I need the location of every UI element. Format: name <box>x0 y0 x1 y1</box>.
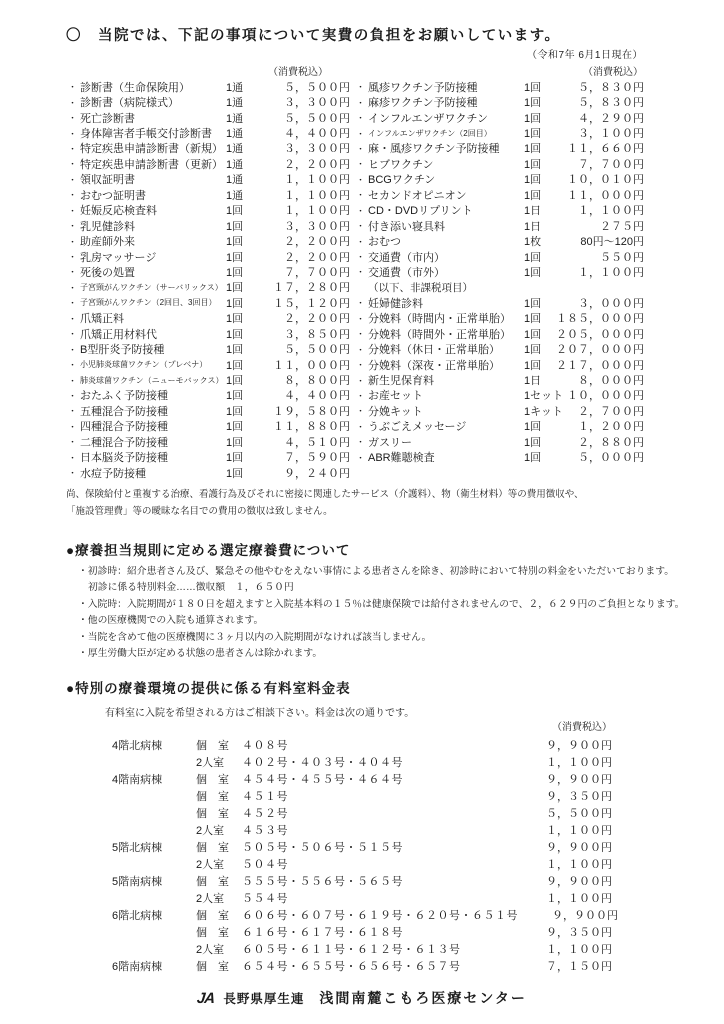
room-type: 個 室 <box>196 805 242 821</box>
fee-item-price: ２，７００円 <box>563 403 644 419</box>
fee-item-name: 爪矯正用材料代 <box>80 326 226 342</box>
fee-item-unit: 1回 <box>226 372 258 388</box>
fee-row: ・ 診断書（生命保険用） 1通 ５，５００円 <box>68 79 350 94</box>
bullet-dot-icon: ・ <box>68 358 80 371</box>
room-row: 2人室 ４０２号・４０３号・４０４号 １，１００円 <box>112 753 612 770</box>
section-heading-rooms: ●特別の療養環境の提供に係る有料室料金表 <box>66 677 351 697</box>
fee-item-price: １，１００円 <box>556 264 644 280</box>
senteiryoyo-bullet-list: ・初診時：紹介患者さん及び、緊急その他やむをえない事情による患者さんを除き、初診… <box>78 564 718 662</box>
fee-item-unit: 1回 <box>226 449 258 465</box>
room-type: 2人室 <box>196 941 242 957</box>
fee-item-name: 妊娠反応検査料 <box>80 202 226 218</box>
bullet-dot-icon: ・ <box>356 235 368 248</box>
fee-item-name: B型肝炎予防接種 <box>80 341 226 357</box>
room-row: 個 室 ６１６号・６１７号・６１８号 ９，３５０円 <box>112 923 612 940</box>
fee-item-name: ヒブワクチン <box>368 156 524 172</box>
fee-item-unit: 1回 <box>524 357 556 373</box>
fee-item-unit: 1回 <box>226 295 258 311</box>
fee-item-name: 診断書（生命保険用） <box>80 79 226 95</box>
room-price: ９，９００円 <box>512 771 612 787</box>
room-price: ９，９００円 <box>512 839 612 855</box>
bullet-dot-icon: ・ <box>356 157 368 170</box>
fee-item-unit: 1通 <box>226 156 258 172</box>
fee-item-name: 死後の処置 <box>80 264 226 280</box>
fee-item-price: １，１００円 <box>258 187 350 203</box>
section-heading-senteiryoyo: ●療養担当規則に定める選定療養費について <box>66 539 350 559</box>
fee-item-price: ５，５００円 <box>258 79 350 95</box>
ja-logo-icon: JA <box>196 990 215 1007</box>
fee-item-price: ３，１００円 <box>556 125 644 141</box>
fee-item-name: 乳児健診料 <box>80 218 226 234</box>
fee-item-price: １，１００円 <box>258 171 350 187</box>
room-numbers: ４５４号・４５５号・４６４号 <box>242 771 512 787</box>
fee-row: ・ B型肝炎予防接種 1回 ５，５００円 <box>68 341 350 356</box>
fee-item-name: 交通費（市外） <box>368 264 524 280</box>
fee-item-name: CD・DVDリプリント <box>368 202 524 218</box>
fee-row: ・ 特定疾患申請診断書（新規） 1通 ３，３００円 <box>68 141 350 156</box>
room-row: 2人室 ５０４号 １，１００円 <box>112 855 612 872</box>
bullet-dot-icon: ・ <box>356 327 368 340</box>
fee-row: ・ BCGワクチン 1回 １０，０１０円 <box>356 172 644 187</box>
fee-row: ・ 死亡診断書 1通 ５，５００円 <box>68 110 350 125</box>
fee-item-price: １７，２８０円 <box>258 279 350 295</box>
room-numbers: ５５４号 <box>242 890 512 906</box>
bullet-dot-icon: ・ <box>68 296 80 309</box>
fee-row: ・ ヒブワクチン 1回 ７，７００円 <box>356 156 644 171</box>
fee-item-name: 身体障害者手帳交付診断書 <box>80 125 226 141</box>
fee-item-name: 二種混合予防接種 <box>80 434 226 450</box>
room-price: ９，３５０円 <box>512 924 612 940</box>
fee-item-price: ２，２００円 <box>258 310 350 326</box>
fee-row: ・ お産セット 1セット １０，０００円 <box>356 388 644 403</box>
fee-item-unit: 1日 <box>524 372 556 388</box>
room-row: 5階北病棟 個 室 ５０５号・５０６号・５１５号 ９，９００円 <box>112 838 612 855</box>
room-numbers: ５０５号・５０６号・５１５号 <box>242 839 512 855</box>
room-price: ７，１５０円 <box>512 958 612 974</box>
fee-item-name: 診断書（病院様式） <box>80 94 226 110</box>
fee-item-price: ４，５１０円 <box>258 434 350 450</box>
room-numbers: ６１６号・６１７号・６１８号 <box>242 924 512 940</box>
room-ward: 6階北病棟 <box>112 907 196 923</box>
fee-item-unit: 1回 <box>226 326 258 342</box>
fee-item-price: ７，５９０円 <box>258 449 350 465</box>
room-row: 個 室 ４５１号 ９，３５０円 <box>112 787 612 804</box>
fee-item-price: ４，２９０円 <box>556 110 644 126</box>
room-type: 2人室 <box>196 822 242 838</box>
fee-item-unit: 1回 <box>524 249 556 265</box>
bullet-dot-icon: ・ <box>356 204 368 217</box>
fee-item-name: 小児肺炎球菌ワクチン（プレベナ） <box>80 359 226 370</box>
fee-item-unit: 1回 <box>524 434 556 450</box>
bullet-dot-icon: ・ <box>68 157 80 170</box>
bullet-dot-icon: ・ <box>356 404 368 417</box>
fee-item-unit: 1通 <box>226 79 258 95</box>
rooms-sub-note: 有料室に入院を希望される方はご相談下さい。料金は次の通りです。 <box>105 704 414 719</box>
room-price: ９，９００円 <box>512 737 612 753</box>
room-numbers: ４５１号 <box>242 788 512 804</box>
bullet-dot-icon: ・ <box>68 111 80 124</box>
fee-item-price: ３，３００円 <box>258 218 350 234</box>
fee-row: ・ 麻疹ワクチン予防接種 1回 ５，８３０円 <box>356 94 644 109</box>
fee-item-unit: 1回 <box>524 171 556 187</box>
fee-row: ・ 分娩料（時間外・正常単胎） 1回 ２０５，０００円 <box>356 326 644 341</box>
fee-item-unit: 1回 <box>226 202 258 218</box>
room-ward: 5階南病棟 <box>112 873 196 889</box>
bullet-dot-icon: ・ <box>68 435 80 448</box>
fee-item-unit: 1日 <box>524 218 556 234</box>
bullet-dot-icon: ・ <box>356 420 368 433</box>
fee-row: ・ （以下、非課税項目） <box>356 280 644 295</box>
room-type: 個 室 <box>196 737 242 753</box>
fee-item-name: 分娩料（休日・正常単胎） <box>368 341 524 357</box>
rooms-table: 4階北病棟 個 室 ４０８号 ９，９００円 2人室 ４０２号・４０３号・４０４号… <box>112 736 612 974</box>
bullet-line: ・初診時：紹介患者さん及び、緊急その他やむをえない事情による患者さんを除き、初診… <box>78 564 718 580</box>
bullet-line: ・厚生労働大臣が定める状態の患者さんは除かれます。 <box>78 646 718 662</box>
room-row: 4階北病棟 個 室 ４０８号 ９，９００円 <box>112 736 612 753</box>
fee-item-price: ２０７，０００円 <box>556 341 644 357</box>
fee-item-name: おむつ <box>368 233 524 249</box>
bullet-dot-icon: ・ <box>356 111 368 124</box>
room-numbers: ６０６号・６０７号・６１９号・６２０号・６５１号 <box>242 907 518 923</box>
fee-item-unit: 1回 <box>524 341 556 357</box>
room-row: 2人室 ５５４号 １，１００円 <box>112 889 612 906</box>
room-type: 個 室 <box>196 907 242 923</box>
fee-item-price: ８，８００円 <box>258 372 350 388</box>
fee-item-name: 肺炎球菌ワクチン（ニューモバックス） <box>80 375 226 386</box>
fee-item-unit: 1通 <box>226 94 258 110</box>
room-row: 6階南病棟 個 室 ６５４号・６５５号・６５６号・６５７号 ７，１５０円 <box>112 957 612 974</box>
fee-row: ・ インフルエンザワクチン 1回 ４，２９０円 <box>356 110 644 125</box>
fee-item-price: ２０５，０００円 <box>556 326 644 342</box>
bullet-dot-icon: ・ <box>68 80 80 93</box>
bullet-dot-icon: ・ <box>356 451 368 464</box>
fee-item-name: 分娩キット <box>368 403 524 419</box>
note-line: 尚、保険給付と重複する治療、看護行為及びそれに密接に関連したサービス（介護料）、… <box>66 486 686 503</box>
bullet-dot-icon: ・ <box>356 389 368 402</box>
room-type: 2人室 <box>196 754 242 770</box>
fee-row: ・ 助産師外来 1回 ２，２００円 <box>68 233 350 248</box>
bullet-line: 初診に係る特別料金……徴収額 １，６５０円 <box>78 580 718 596</box>
room-type: 2人室 <box>196 856 242 872</box>
bullet-dot-icon: ・ <box>68 389 80 402</box>
footer-org: 長野県厚生連 <box>223 989 304 1007</box>
fee-item-name: 風疹ワクチン予防接種 <box>368 79 524 95</box>
fee-item-price: ５５０円 <box>556 249 644 265</box>
fee-item-price: ３，０００円 <box>556 295 644 311</box>
fee-item-price: １９，５８０円 <box>258 403 350 419</box>
fee-item-name: 麻疹ワクチン予防接種 <box>368 94 524 110</box>
fee-item-unit: 1回 <box>226 434 258 450</box>
fee-row: ・ インフルエンザワクチン（2回目） 1回 ３，１００円 <box>356 125 644 140</box>
room-price: １，１００円 <box>512 890 612 906</box>
fee-item-name: 新生児保育料 <box>368 372 524 388</box>
fee-item-unit: 1回 <box>226 418 258 434</box>
fee-item-price: ３，３００円 <box>258 140 350 156</box>
fee-list-left: ・ 診断書（生命保険用） 1通 ５，５００円 ・ 診断書（病院様式） 1通 ３，… <box>68 79 350 480</box>
room-row: 2人室 ４５３号 １，１００円 <box>112 821 612 838</box>
fee-item-name: 特定疾患申請診断書（新規） <box>80 140 226 156</box>
fee-item-unit: 1通 <box>226 171 258 187</box>
fee-row: ・ 四種混合予防接種 1回 １１，８８０円 <box>68 419 350 434</box>
fee-item-name: 特定疾患申請診断書（更新） <box>80 156 226 172</box>
room-numbers: ４０２号・４０３号・４０４号 <box>242 754 512 770</box>
fee-item-name: 四種混合予防接種 <box>80 418 226 434</box>
note-line: 「施設管理費」等の曖昧な名目での費用の徴収は致しません。 <box>66 503 686 520</box>
room-type: 2人室 <box>196 890 242 906</box>
disclaimer-notes: 尚、保険給付と重複する治療、看護行為及びそれに密接に関連したサービス（介護料）、… <box>66 486 686 520</box>
fee-item-price: 80円～120円 <box>556 233 644 249</box>
room-ward: 4階南病棟 <box>112 771 196 787</box>
room-row: 2人室 ６０５号・６１１号・６１２号・６１３号 １，１００円 <box>112 940 612 957</box>
fee-item-price: ２１７，０００円 <box>556 357 644 373</box>
fee-row: ・ 交通費（市外） 1回 １，１００円 <box>356 264 644 279</box>
fee-item-name: 子宮頸がんワクチン（2回目、3回目） <box>80 297 226 308</box>
fee-item-price: １，１００円 <box>556 202 644 218</box>
bullet-line: ・入院時：入院期間が１８０日を超えますと入院基本料の１５％は健康保険では給付され… <box>78 597 718 613</box>
bullet-dot-icon: ・ <box>68 343 80 356</box>
fee-row: ・ おむつ 1枚 80円～120円 <box>356 233 644 248</box>
fee-item-price: １１，８８０円 <box>258 418 350 434</box>
fee-item-unit: 1回 <box>226 264 258 280</box>
bullet-dot-icon: ・ <box>356 312 368 325</box>
fee-item-name: 分娩料（時間外・正常単胎） <box>368 326 524 342</box>
fee-item-name: ABR難聴検査 <box>368 449 524 465</box>
fee-item-unit: 1セット <box>524 387 563 403</box>
fee-row: ・ 二種混合予防接種 1回 ４，５１０円 <box>68 434 350 449</box>
bullet-dot-icon: ・ <box>68 250 80 263</box>
fee-item-unit: 1回 <box>524 264 556 280</box>
fee-item-name: ガスリー <box>368 434 524 450</box>
fee-item-name: 死亡診断書 <box>80 110 226 126</box>
fee-row: ・ 妊婦健診料 1回 ３，０００円 <box>356 295 644 310</box>
fee-row: ・ 五種混合予防接種 1回 １９，５８０円 <box>68 403 350 418</box>
bullet-dot-icon: ・ <box>68 204 80 217</box>
fee-row: ・ 水痘予防接種 1回 ９，２４０円 <box>68 465 350 480</box>
fee-item-unit: 1回 <box>524 295 556 311</box>
room-type: 個 室 <box>196 873 242 889</box>
fee-item-name: 分娩料（深夜・正常単胎） <box>368 357 524 373</box>
room-price: １，１００円 <box>512 822 612 838</box>
fee-item-price: １０，０１０円 <box>556 171 644 187</box>
bullet-dot-icon: ・ <box>356 142 368 155</box>
bullet-dot-icon: ・ <box>68 127 80 140</box>
fee-item-name: 麻・風疹ワクチン予防接種 <box>368 140 524 156</box>
fee-item-price: １，２００円 <box>556 418 644 434</box>
fee-item-price: １１，０００円 <box>556 187 644 203</box>
fee-row: ・ 身体障害者手帳交付診断書 1通 ４，４００円 <box>68 125 350 140</box>
bullet-dot-icon: ・ <box>68 420 80 433</box>
fee-row: ・ CD・DVDリプリント 1日 １，１００円 <box>356 203 644 218</box>
fee-row: ・ 爪矯正料 1回 ２，２００円 <box>68 311 350 326</box>
fee-item-name: （以下、非課税項目） <box>368 280 524 295</box>
fee-row: ・ 分娩キット 1キット ２，７００円 <box>356 403 644 418</box>
fee-item-unit: 1日 <box>524 202 556 218</box>
room-type: 個 室 <box>196 839 242 855</box>
fee-item-unit: 1回 <box>524 418 556 434</box>
fee-row: ・ 乳児健診料 1回 ３，３００円 <box>68 218 350 233</box>
bullet-dot-icon: ・ <box>356 265 368 278</box>
fee-item-unit: 1回 <box>524 94 556 110</box>
fee-item-name: 五種混合予防接種 <box>80 403 226 419</box>
bullet-dot-icon: ・ <box>356 219 368 232</box>
fee-row: ・ セカンドオピニオン 1回 １１，０００円 <box>356 187 644 202</box>
fee-row: ・ おたふく予防接種 1回 ４，４００円 <box>68 388 350 403</box>
fee-item-unit: 1回 <box>226 310 258 326</box>
fee-item-price: ５，５００円 <box>258 110 350 126</box>
fee-row: ・ おむつ証明書 1通 １，１００円 <box>68 187 350 202</box>
fee-item-name: おむつ証明書 <box>80 187 226 203</box>
fee-item-name: うぶごえメッセージ <box>368 418 524 434</box>
room-type: 個 室 <box>196 771 242 787</box>
fee-item-name: 水痘予防接種 <box>80 465 226 481</box>
fee-row: ・ 診断書（病院様式） 1通 ３，３００円 <box>68 94 350 109</box>
bullet-line: ・他の医療機関での入院も通算されます。 <box>78 613 718 629</box>
room-price: ５，５００円 <box>512 805 612 821</box>
room-price: １，１００円 <box>512 941 612 957</box>
fee-item-unit: 1回 <box>524 449 556 465</box>
bullet-dot-icon: ・ <box>356 374 368 387</box>
fee-item-name: 領収証明書 <box>80 171 226 187</box>
footer: JA 長野県厚生連 浅間南麓こもろ医療センター <box>0 988 724 1008</box>
fee-item-price: ２７５円 <box>556 218 644 234</box>
footer-hospital-name: 浅間南麓こもろ医療センター <box>319 988 526 1008</box>
fee-list-right: ・ 風疹ワクチン予防接種 1回 ５，８３０円 ・ 麻疹ワクチン予防接種 1回 ５… <box>356 79 644 465</box>
bullet-dot-icon: ・ <box>356 358 368 371</box>
room-row: 個 室 ４５２号 ５，５００円 <box>112 804 612 821</box>
room-numbers: ５５５号・５５６号・５６５号 <box>242 873 512 889</box>
bullet-dot-icon: ・ <box>68 281 80 294</box>
fee-item-price: ７，７００円 <box>258 264 350 280</box>
room-price: １，１００円 <box>512 754 612 770</box>
room-price: ９，９００円 <box>518 907 618 923</box>
fee-item-price: ３，３００円 <box>258 94 350 110</box>
fee-row: ・ 付き添い寝具料 1日 ２７５円 <box>356 218 644 233</box>
fee-item-unit: 1回 <box>524 110 556 126</box>
fee-row: ・ 小児肺炎球菌ワクチン（プレベナ） 1回 １１，０００円 <box>68 357 350 372</box>
fee-item-price: ７，７００円 <box>556 156 644 172</box>
fee-row: ・ 交通費（市内） 1回 ５５０円 <box>356 249 644 264</box>
fee-item-unit: 1回 <box>226 341 258 357</box>
bullet-dot-icon: ・ <box>356 343 368 356</box>
bullet-dot-icon: ・ <box>68 466 80 479</box>
room-row: 6階北病棟 個 室 ６０６号・６０７号・６１９号・６２０号・６５１号 ９，９００… <box>112 906 612 923</box>
fee-item-price: １，１００円 <box>258 202 350 218</box>
bullet-dot-icon: ・ <box>68 404 80 417</box>
fee-item-price: ３，８５０円 <box>258 326 350 342</box>
fee-item-name: インフルエンザワクチン（2回目） <box>368 128 524 139</box>
fee-item-unit: 1回 <box>524 125 556 141</box>
bullet-dot-icon: ・ <box>356 188 368 201</box>
fee-row: ・ 妊娠反応検査料 1回 １，１００円 <box>68 203 350 218</box>
bullet-dot-icon: ・ <box>68 312 80 325</box>
bullet-dot-icon: ・ <box>68 451 80 464</box>
room-numbers: ４０８号 <box>242 737 512 753</box>
fee-item-unit: 1キット <box>524 403 563 419</box>
bullet-dot-icon: ・ <box>356 296 368 309</box>
bullet-dot-icon: ・ <box>68 188 80 201</box>
fee-item-price: ５，８３０円 <box>556 79 644 95</box>
fee-item-price: １０，０００円 <box>563 387 644 403</box>
fee-item-price: ５，０００円 <box>556 449 644 465</box>
room-numbers: ６５４号・６５５号・６５６号・６５７号 <box>242 958 512 974</box>
bullet-dot-icon: ・ <box>68 374 80 387</box>
fee-row: ・ 子宮頸がんワクチン（2回目、3回目） 1回 １５，１２０円 <box>68 295 350 310</box>
fee-item-unit: 1通 <box>226 110 258 126</box>
room-numbers: ４５２号 <box>242 805 512 821</box>
bullet-dot-icon: ・ <box>68 219 80 232</box>
room-numbers: ４５３号 <box>242 822 512 838</box>
fee-item-name: 妊婦健診料 <box>368 295 524 311</box>
fee-item-name: 爪矯正料 <box>80 310 226 326</box>
fee-item-unit: 1回 <box>524 187 556 203</box>
fee-item-unit: 1回 <box>226 357 258 373</box>
fee-item-name: 子宮頸がんワクチン（サーバリックス） <box>80 282 226 293</box>
fee-item-unit: 1回 <box>226 233 258 249</box>
fee-row: ・ 子宮頸がんワクチン（サーバリックス） 1回 １７，２８０円 <box>68 280 350 295</box>
fee-row: ・ 領収証明書 1通 １，１００円 <box>68 172 350 187</box>
fee-item-price: ４，４００円 <box>258 125 350 141</box>
bullet-dot-icon: ・ <box>356 127 368 140</box>
fee-item-name: BCGワクチン <box>368 171 524 187</box>
room-type: 個 室 <box>196 958 242 974</box>
room-ward: 5階北病棟 <box>112 839 196 855</box>
fee-row: ・ ABR難聴検査 1回 ５，０００円 <box>356 450 644 465</box>
fee-item-price: ５，５００円 <box>258 341 350 357</box>
fee-row: ・ 麻・風疹ワクチン予防接種 1回 １１，６６０円 <box>356 141 644 156</box>
fee-item-unit: 1回 <box>524 310 556 326</box>
fee-item-name: 付き添い寝具料 <box>368 218 524 234</box>
room-numbers: ５０４号 <box>242 856 512 872</box>
fee-item-unit: 1枚 <box>524 233 556 249</box>
fee-item-name: お産セット <box>368 387 524 403</box>
tax-note-left: （消費税込） <box>268 63 328 78</box>
bullet-dot-icon: ・ <box>356 80 368 93</box>
bullet-dot-icon: ・ <box>68 173 80 186</box>
fee-item-price: ２，２００円 <box>258 156 350 172</box>
fee-item-price: ９，２４０円 <box>258 465 350 481</box>
fee-item-name: おたふく予防接種 <box>80 387 226 403</box>
fee-item-price: ４，４００円 <box>258 387 350 403</box>
fee-row: ・ 風疹ワクチン予防接種 1回 ５，８３０円 <box>356 79 644 94</box>
rooms-tax-note: （消費税込） <box>552 718 612 733</box>
bullet-dot-icon: ・ <box>68 142 80 155</box>
bullet-dot-icon: ・ <box>68 327 80 340</box>
fee-row: ・ うぶごえメッセージ 1回 １，２００円 <box>356 419 644 434</box>
fee-item-price: ２，２００円 <box>258 233 350 249</box>
room-price: ９，３５０円 <box>512 788 612 804</box>
fee-item-unit: 1回 <box>524 140 556 156</box>
bullet-dot-icon: ・ <box>356 435 368 448</box>
fee-item-unit: 1通 <box>226 187 258 203</box>
bullet-dot-icon: ・ <box>356 250 368 263</box>
fee-item-unit: 1通 <box>226 140 258 156</box>
fee-item-name: 交通費（市内） <box>368 249 524 265</box>
fee-item-price: ２，２００円 <box>258 249 350 265</box>
fee-item-name: セカンドオピニオン <box>368 187 524 203</box>
fee-item-name: 日本脳炎予防接種 <box>80 449 226 465</box>
fee-item-unit: 1回 <box>226 403 258 419</box>
room-price: ９，９００円 <box>512 873 612 889</box>
fee-row: ・ 死後の処置 1回 ７，７００円 <box>68 264 350 279</box>
fee-row: ・ 新生児保育料 1日 ８，０００円 <box>356 372 644 387</box>
room-ward: 4階北病棟 <box>112 737 196 753</box>
bullet-line: ・当院を含めて他の医療機関に３ヶ月以内の入院期間がなければ該当しません。 <box>78 630 718 646</box>
fee-item-unit: 1回 <box>226 279 258 295</box>
fee-item-price: １１，６６０円 <box>556 140 644 156</box>
room-row: 5階南病棟 個 室 ５５５号・５５６号・５６５号 ９，９００円 <box>112 872 612 889</box>
fee-item-price: １５，１２０円 <box>258 295 350 311</box>
fee-item-name: 助産師外来 <box>80 233 226 249</box>
